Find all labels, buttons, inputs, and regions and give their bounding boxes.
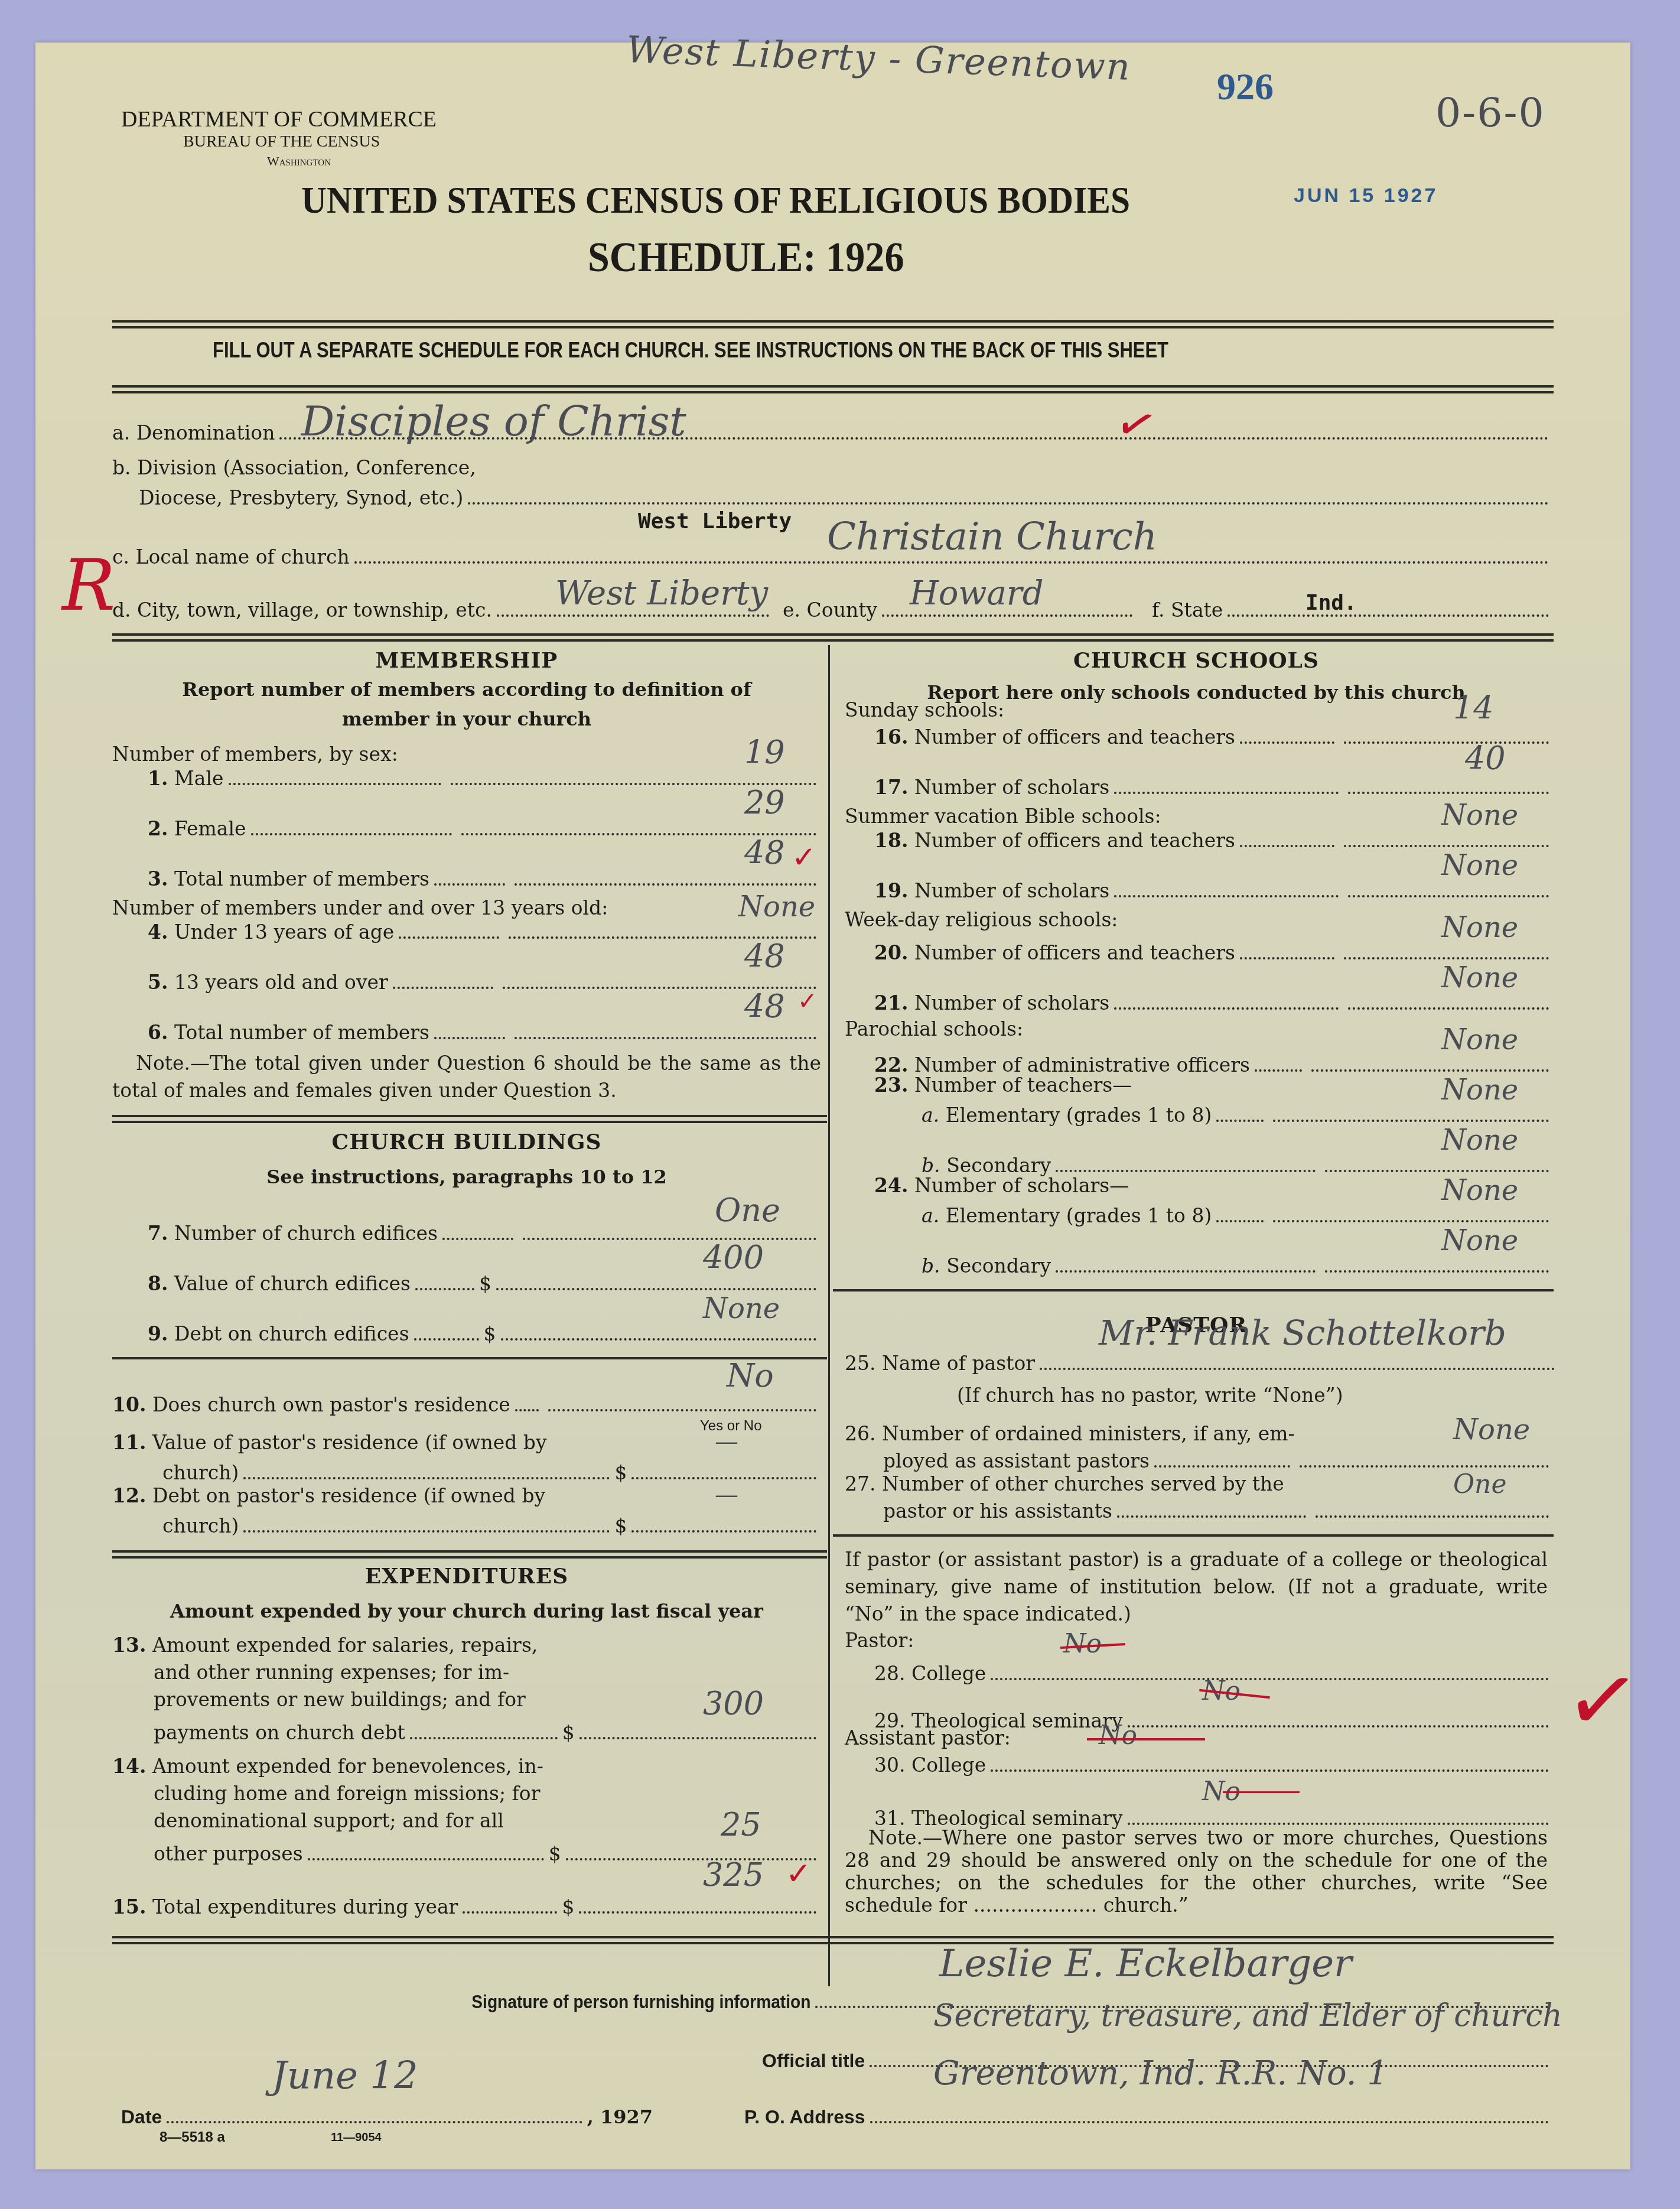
expenditures-heading: EXPENDITURES xyxy=(112,1564,821,1589)
handwritten-location-note: West Liberty - Greentown xyxy=(626,28,1132,89)
church-buildings-subheading: See instructions, paragraphs 10 to 12 xyxy=(112,1162,821,1192)
denomination-field[interactable]: Disciples of Christ xyxy=(301,397,686,445)
membership-note: Note.—The total given under Question 6 s… xyxy=(112,1050,821,1104)
13-over-value: 48 xyxy=(744,938,785,975)
expenditures-subheading: Amount expended by your church during la… xyxy=(112,1596,821,1626)
weekday-officers-field[interactable] xyxy=(1344,957,1549,959)
banner-divider xyxy=(112,385,1554,393)
date-row: Date, 1927 xyxy=(121,2093,653,2128)
membership-row-male: 1. Male xyxy=(148,754,821,790)
total-members-2-value: 48 xyxy=(744,988,785,1025)
buildings-row-residence: 10. Does church own pastor's residence xyxy=(112,1381,821,1416)
red-check-mark: ✓ xyxy=(1559,1645,1647,1757)
schools-divider xyxy=(833,1289,1554,1291)
edifices-debt-field[interactable] xyxy=(501,1338,816,1341)
running-expenses-field[interactable] xyxy=(579,1737,816,1739)
buildings-row-residence-debt: church)$ xyxy=(162,1508,821,1537)
red-check-mark: ✓ xyxy=(786,1856,812,1892)
weekday-officers-value: None xyxy=(1441,911,1518,944)
department-name: DEPARTMENT OF COMMERCE xyxy=(121,106,437,132)
division-label-line1: b. Division (Association, Conference, xyxy=(112,456,476,479)
pastor-sublabel: Pastor: xyxy=(845,1629,914,1652)
parochial-teachers-secondary-field[interactable] xyxy=(1325,1170,1549,1172)
assistant-college-value: No xyxy=(1099,1720,1137,1751)
membership-heading: MEMBERSHIP xyxy=(112,648,821,673)
total-expenditures-field[interactable] xyxy=(579,1911,816,1914)
school-row-17: 17. Number of scholars xyxy=(874,763,1554,799)
summer-officers-field[interactable] xyxy=(1344,845,1549,847)
membership-row-under-13: 4. Under 13 years of age xyxy=(148,908,821,944)
instructions-banner: FILL OUT A SEPARATE SCHEDULE FOR EACH CH… xyxy=(213,338,1168,363)
bureau-name: BUREAU OF THE CENSUS xyxy=(183,132,380,151)
buildings-bottom-divider xyxy=(112,1550,827,1559)
address-value: Greentown, Ind. R.R. No. 1 xyxy=(933,2054,1388,2093)
owns-residence-value: No xyxy=(727,1357,774,1394)
red-check-mark: ✓ xyxy=(792,840,816,874)
summer-officers-value: None xyxy=(1441,799,1518,832)
pastor-college-field[interactable] xyxy=(991,1678,1549,1680)
pastor-seminary-field[interactable] xyxy=(1128,1725,1549,1727)
female-value: 29 xyxy=(744,784,785,821)
parochial-teachers-secondary-value: None xyxy=(1441,1124,1518,1157)
red-check-mark: ✓ xyxy=(797,988,818,1015)
sunday-officers-field[interactable] xyxy=(1344,741,1549,744)
residence-debt-amount: — xyxy=(715,1481,738,1508)
sunday-officers-value: 14 xyxy=(1453,689,1494,727)
red-check-mark: ✓ xyxy=(1109,392,1163,457)
assistant-pastors-value: None xyxy=(1453,1413,1530,1446)
male-value: 19 xyxy=(744,734,785,771)
church-buildings-heading: CHURCH BUILDINGS xyxy=(112,1130,821,1154)
membership-subheading: Report number of members according to de… xyxy=(112,675,821,734)
parochial-scholars-secondary-field[interactable] xyxy=(1325,1270,1549,1273)
membership-row-total-2: 6. Total number of members xyxy=(148,1008,821,1044)
school-row-16: 16. Number of officers and teachers xyxy=(874,713,1554,749)
city-field[interactable]: West Liberty xyxy=(555,574,768,613)
assistant-pastors-field[interactable] xyxy=(1300,1465,1549,1468)
schedule-title: SCHEDULE: 1926 xyxy=(588,233,904,282)
weekday-scholars-value: None xyxy=(1441,961,1518,994)
form-number: 8—5518 a xyxy=(159,2129,225,2146)
census-schedule-sheet: West Liberty - Greentown 926 0-6-0 DEPAR… xyxy=(35,43,1630,2169)
official-title-value: Secretary, treasure, and Elder of church xyxy=(933,1998,1562,2034)
assistant-college-field[interactable] xyxy=(991,1769,1549,1772)
city-name: Washington xyxy=(267,154,331,169)
pastor-name-hint: (If church has no pastor, write “None”) xyxy=(957,1384,1343,1407)
total-members-field[interactable] xyxy=(515,883,816,886)
signature-value: Leslie E. Eckelbarger xyxy=(939,1942,1352,1986)
received-date-stamp: JUN 15 1927 xyxy=(1294,184,1438,207)
benevolences-field[interactable] xyxy=(566,1858,816,1860)
other-churches-field[interactable] xyxy=(1316,1515,1549,1518)
owns-residence-field[interactable] xyxy=(548,1409,816,1411)
red-strike-line xyxy=(1223,1791,1300,1793)
pastor-college-value: No xyxy=(1063,1629,1102,1659)
residence-value-field[interactable] xyxy=(631,1477,816,1479)
q30-row: 30. College xyxy=(874,1741,1554,1777)
membership-row-13-over: 5. 13 years old and over xyxy=(148,958,821,994)
residence-debt-label: 12. Debt on pastor's residence (if owned… xyxy=(112,1484,545,1507)
address-field[interactable] xyxy=(870,2121,1549,2123)
address-row: P. O. Address xyxy=(744,2093,1554,2128)
parochial-admin-value: None xyxy=(1441,1023,1518,1056)
column-divider xyxy=(828,645,830,1986)
church-schools-heading: CHURCH SCHOOLS xyxy=(839,648,1554,673)
form-title: UNITED STATES CENSUS OF RELIGIOUS BODIES xyxy=(301,178,1130,222)
residence-debt-field[interactable] xyxy=(631,1530,816,1533)
benevolences-amount: 25 xyxy=(721,1806,761,1843)
membership-row-total: 3. Total number of members xyxy=(148,855,821,890)
assistant-seminary-field[interactable] xyxy=(1128,1823,1549,1825)
parochial-scholars-secondary-value: None xyxy=(1441,1224,1518,1257)
pastor-note: Note.—Where one pastor serves two or mor… xyxy=(845,1827,1548,1917)
state-field[interactable]: Ind. xyxy=(1305,591,1357,615)
parochial-scholars-elementary-field[interactable] xyxy=(1273,1220,1549,1222)
date-value: June 12 xyxy=(272,2054,418,2098)
total-members-value: 48 xyxy=(744,834,785,871)
expenditure-13-label: 13. Amount expended for salaries, repair… xyxy=(112,1632,538,1713)
total-members-2-field[interactable] xyxy=(515,1037,816,1039)
summer-scholars-value: None xyxy=(1441,849,1518,882)
print-code: 11—9054 xyxy=(331,2131,382,2145)
sunday-scholars-value: 40 xyxy=(1465,740,1506,777)
header-divider xyxy=(112,320,1554,328)
edifices-value-field[interactable] xyxy=(496,1288,816,1290)
local-name-stamp: West Liberty xyxy=(638,509,792,533)
buildings-row-residence-value: church)$ xyxy=(162,1455,821,1484)
edifices-count-value: One xyxy=(715,1192,780,1229)
red-strike-line xyxy=(1087,1738,1205,1740)
parochial-schools-label: Parochial schools: xyxy=(845,1017,1023,1040)
pastor-name-field[interactable] xyxy=(1040,1368,1555,1370)
running-expenses-amount: 300 xyxy=(703,1685,764,1722)
residence-value-amount: — xyxy=(715,1428,738,1455)
county-field[interactable]: Howard xyxy=(910,574,1044,613)
buildings-divider xyxy=(112,1357,827,1359)
handwritten-code: 0-6-0 xyxy=(1435,90,1545,136)
stamp-number: 926 xyxy=(1217,65,1274,109)
edifices-debt-amount: None xyxy=(703,1292,780,1325)
margin-mark-r: R xyxy=(62,545,115,627)
local-name-field[interactable]: Christain Church xyxy=(827,515,1157,559)
expenditure-14-label: 14. Amount expended for benevolences, in… xyxy=(112,1753,543,1834)
sunday-scholars-field[interactable] xyxy=(1348,792,1549,794)
summer-scholars-field[interactable] xyxy=(1348,895,1549,897)
other-churches-value: One xyxy=(1453,1469,1506,1499)
pastor-divider xyxy=(833,1534,1554,1537)
total-expenditures-amount: 325 xyxy=(703,1856,764,1894)
graduate-instructions: If pastor (or assistant pastor) is a gra… xyxy=(845,1546,1548,1628)
under-13-value: None xyxy=(738,890,815,923)
parochial-scholars-elementary-value: None xyxy=(1441,1174,1518,1207)
date-field[interactable] xyxy=(167,2121,582,2123)
identification-divider xyxy=(112,633,1554,642)
division-field[interactable] xyxy=(468,502,1549,505)
parochial-admin-field[interactable] xyxy=(1311,1069,1549,1072)
weekday-schools-label: Week-day religious schools: xyxy=(845,908,1118,931)
membership-divider xyxy=(112,1115,827,1123)
edifices-value-amount: 400 xyxy=(703,1239,764,1276)
residence-value-label: 11. Value of pastor's residence (if owne… xyxy=(112,1431,547,1454)
edifices-count-field[interactable] xyxy=(523,1238,816,1240)
division-row: Diocese, Presbytery, Synod, etc.) xyxy=(139,480,1554,509)
parochial-teachers-elementary-field[interactable] xyxy=(1273,1120,1549,1122)
parochial-teachers-elementary-value: None xyxy=(1441,1073,1518,1107)
weekday-scholars-field[interactable] xyxy=(1348,1007,1549,1010)
membership-row-female: 2. Female xyxy=(148,805,821,840)
pastor-name-value: Mr. Frank Schottelkorb xyxy=(1099,1313,1506,1353)
